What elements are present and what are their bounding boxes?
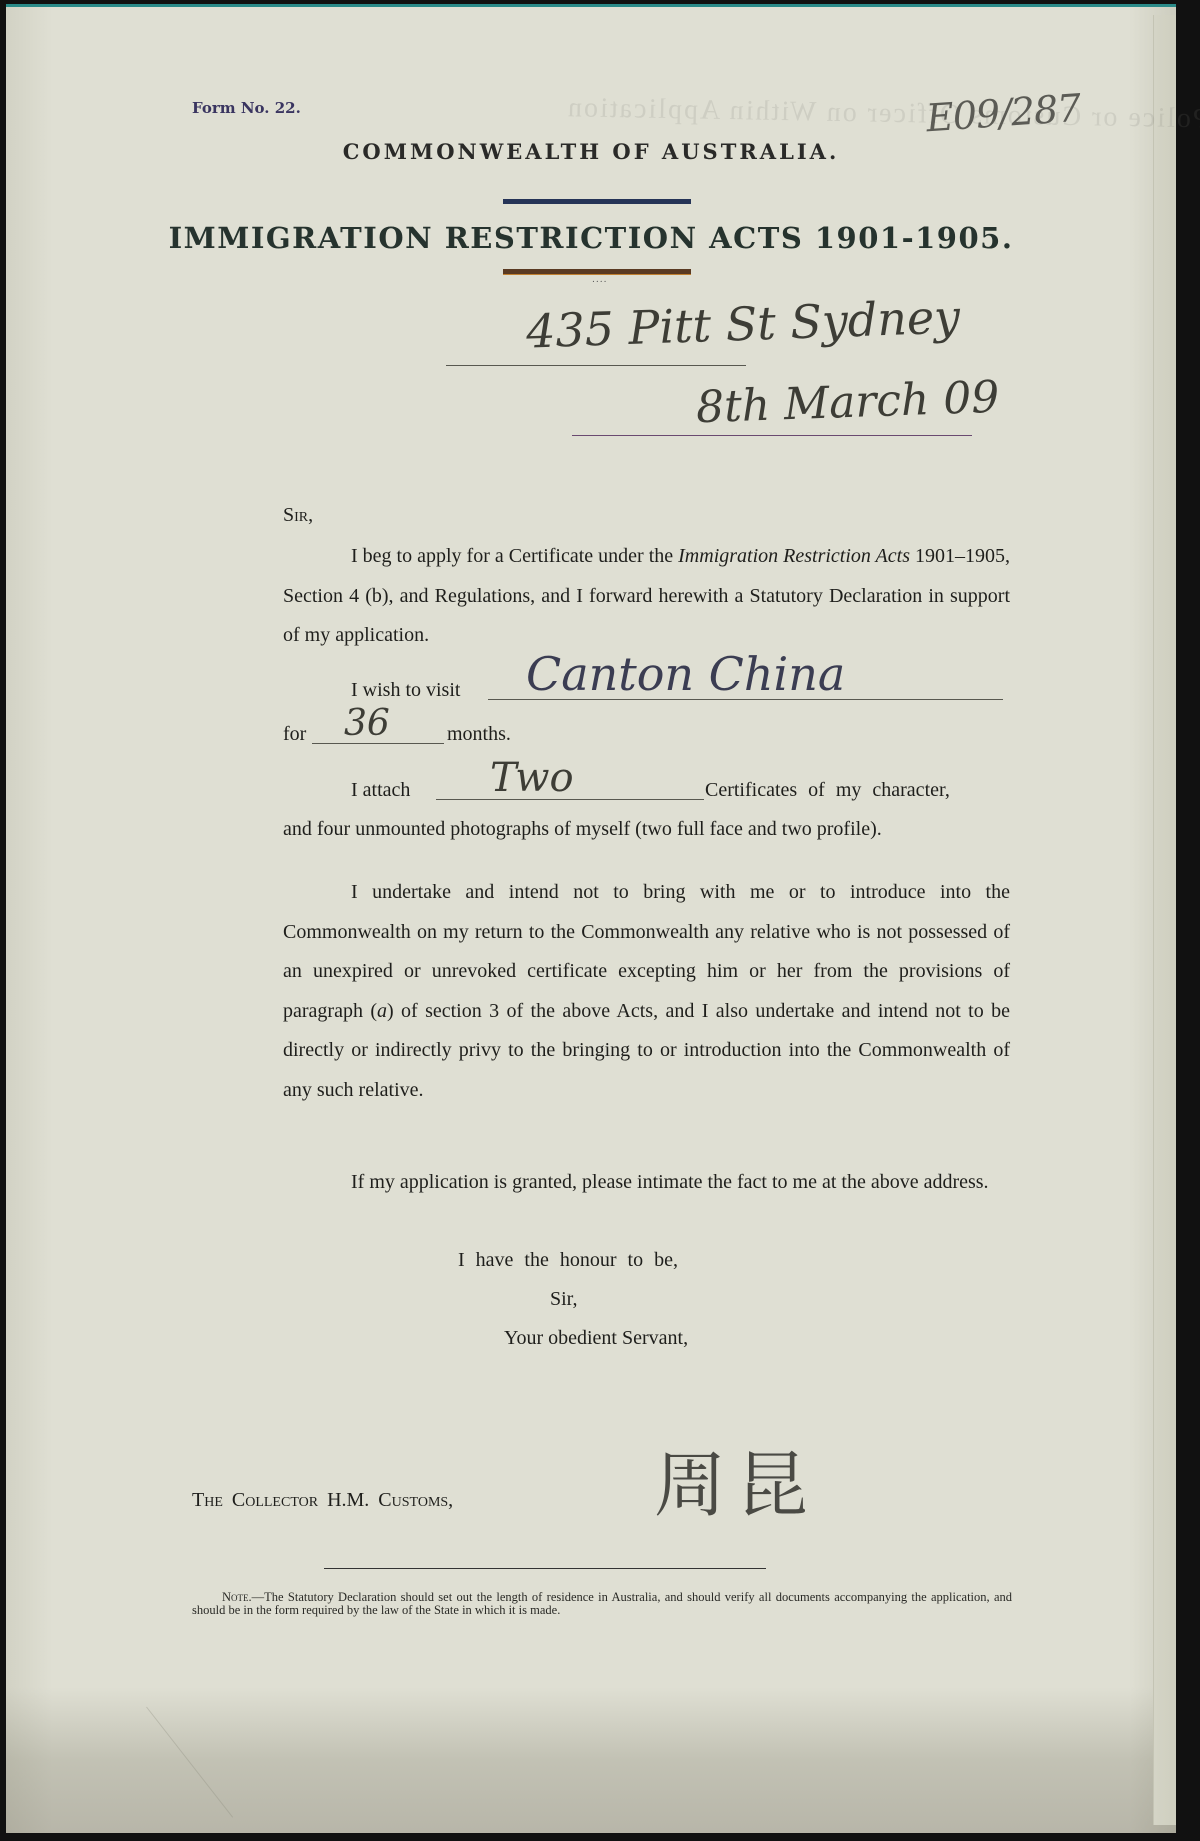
- address-street: 435 Pitt St Sydney: [525, 289, 961, 358]
- bleed-through-text: Report by Police or Customs Officer on W…: [566, 92, 1200, 138]
- duration-prefix: for: [283, 723, 306, 746]
- form-number: Form No. 22.: [192, 99, 301, 117]
- duration-suffix: months.: [447, 723, 511, 746]
- certificates-value: Two: [490, 755, 574, 801]
- certificates-suffix: Certificates of my character,: [705, 779, 950, 802]
- paragraph-application: I beg to apply for a Certificate under t…: [283, 537, 1010, 656]
- duration-value: 36: [344, 703, 390, 744]
- address-line-1: [446, 365, 746, 366]
- signature-line: [324, 1568, 766, 1569]
- paragraph-undertaking: I undertake and intend not to bring with…: [283, 873, 1010, 1110]
- closing-line-3: Your obedient Servant,: [504, 1327, 688, 1350]
- header-commonwealth: COMMONWEALTH OF AUSTRALIA.: [6, 139, 1176, 164]
- decorative-dots: ....: [592, 275, 607, 285]
- visit-value: Canton China: [526, 647, 845, 701]
- document-page: Report by Police or Customs Officer on W…: [6, 4, 1176, 1833]
- certificates-prefix: I attach: [351, 779, 410, 802]
- salutation: Sir,: [283, 504, 313, 527]
- address-line-2: [572, 435, 972, 436]
- address-date: 8th March 09: [695, 372, 1000, 434]
- footnote: Note.—The Statutory Declaration should s…: [192, 1591, 1012, 1617]
- header-acts-title: IMMIGRATION RESTRICTION ACTS 1901-1905.: [6, 221, 1176, 255]
- header-rule-top: [503, 199, 691, 204]
- paper-crease: [146, 1707, 233, 1818]
- closing-line-1: I have the honour to be,: [458, 1249, 678, 1272]
- visit-label: I wish to visit: [351, 679, 460, 702]
- closing-line-2: Sir,: [550, 1288, 578, 1311]
- signature-chinese: 周昆: [654, 1427, 818, 1531]
- page-edge: [1153, 15, 1176, 1825]
- paragraph-intimate: If my application is granted, please int…: [283, 1163, 1010, 1203]
- certificates-continuation: and four unmounted photographs of myself…: [283, 818, 882, 841]
- addressee: The Collector H.M. Customs,: [192, 1489, 453, 1512]
